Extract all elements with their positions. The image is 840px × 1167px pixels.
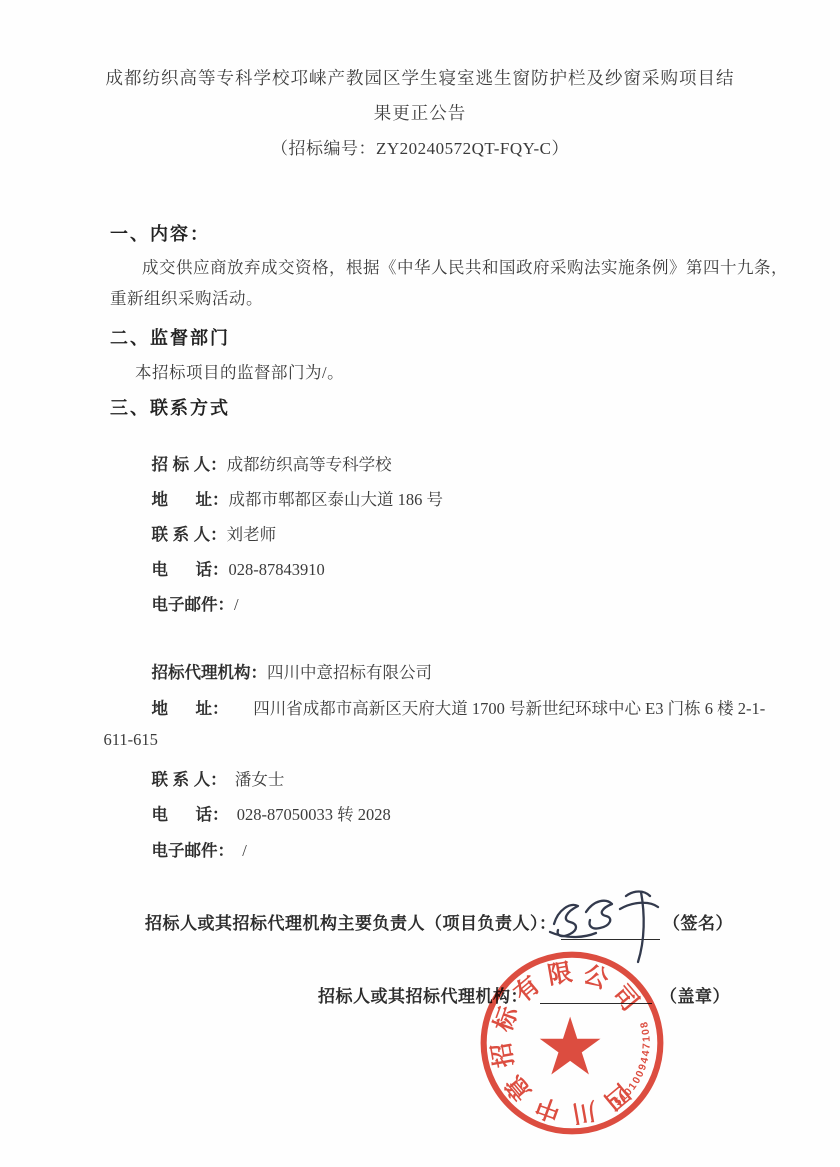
svg-text:公: 公	[580, 961, 613, 995]
tender-number: （招标编号：ZY20240572QT-FQY-C）	[0, 139, 840, 159]
svg-text:8: 8	[639, 1020, 651, 1028]
section2-heading: 二、监督部门	[110, 328, 230, 350]
svg-text:1: 1	[641, 1036, 652, 1043]
section1-paragraph-line1: 成交供应商放弃成交资格，根据《中华人民共和国政府采购法实施条例》第四十九条，	[142, 258, 788, 278]
svg-text:7: 7	[641, 1043, 652, 1049]
company-seal-stamp: 四川中意招标有限公司 5101009447108	[478, 949, 666, 1137]
svg-text:4: 4	[641, 1050, 653, 1057]
field-label: 电子邮件：	[152, 596, 235, 614]
agency-row-email: 电子邮件： /	[135, 817, 247, 881]
tenderer-row-email: 电子邮件：/	[135, 571, 239, 635]
signoff-line1-suffix: （签名）	[663, 914, 733, 934]
doc-title-line1: 成都纺织高等专科学校邛崃产教园区学生寝室逃生窗防护栏及纱窗采购项目结	[0, 68, 840, 89]
svg-text:限: 限	[545, 958, 574, 990]
field-value: /	[234, 595, 239, 614]
signoff-line1-label: 招标人或其招标代理机构主要负责人（项目负责人）：	[145, 914, 557, 934]
svg-text:招: 招	[486, 1041, 519, 1070]
section1-paragraph-line2: 重新组织采购活动。	[110, 289, 263, 309]
section2-body: 本招标项目的监督部门为/。	[135, 363, 344, 383]
field-value: 四川省成都市高新区天府大道 1700 号新世纪环球中心 E3 门栋 6 楼 2-…	[229, 699, 766, 718]
doc-title-line2: 果更正公告	[0, 103, 840, 124]
section1-heading: 一、内容：	[110, 224, 210, 246]
field-value: /	[234, 841, 247, 860]
field-value: 028-87050033 转 2028	[229, 805, 391, 824]
star-icon	[540, 1017, 601, 1075]
field-label: 地 址：	[152, 700, 229, 718]
field-label: 电子邮件：	[152, 842, 235, 860]
field-value: 028-87843910	[229, 560, 325, 579]
agency-row-address: 地 址： 四川省成都市高新区天府大道 1700 号新世纪环球中心 E3 门栋 6…	[135, 675, 765, 739]
svg-text:川: 川	[570, 1096, 599, 1127]
document-page: 成都纺织高等专科学校邛崃产教园区学生寝室逃生窗防护栏及纱窗采购项目结 果更正公告…	[0, 0, 840, 1167]
signoff-line2-suffix: （盖章）	[660, 987, 730, 1007]
section3-heading: 三、联系方式	[110, 398, 230, 420]
